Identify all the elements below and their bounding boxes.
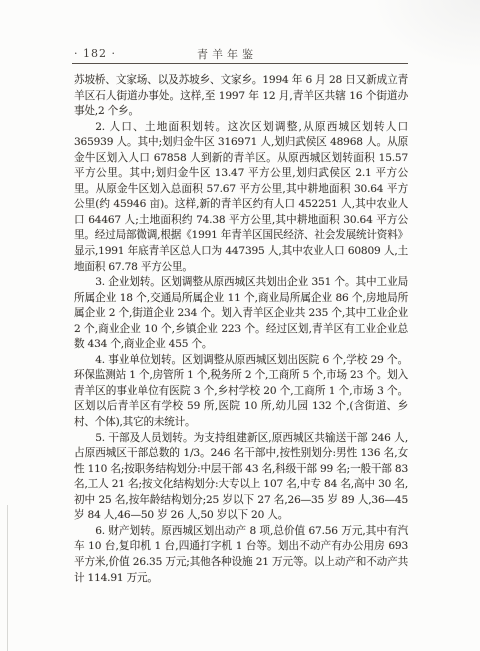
page-header: · 182 · 青羊年鉴 xyxy=(74,46,408,62)
body-paragraph-2-population-land: 2. 人口、土地面积划转。这次区划调整,从原西城区划转人口 365939 人。其… xyxy=(74,120,408,275)
body-paragraph-3-enterprises: 3. 企业划转。区划调整从原西城区共划出企业 351 个。其中工业局所属企业 1… xyxy=(74,275,408,353)
page-body: 苏坡桥、文家场、以及苏坡乡、文家乡。1994 年 6 月 28 日又新成立青羊区… xyxy=(74,73,408,586)
scanned-yearbook-page: · 182 · 青羊年鉴 苏坡桥、文家场、以及苏坡乡、文家乡。1994 年 6 … xyxy=(0,0,480,651)
body-paragraph-6-property: 6. 财产划转。原西城区划出动产 8 项,总价值 67.56 万元,其中有汽车 … xyxy=(74,524,408,586)
body-paragraph-5-cadres: 5. 干部及人员划转。为支持组建新区,原西城区共输送干部 246 人,占原西城区… xyxy=(74,431,408,524)
page-edge-shadow xyxy=(7,505,8,651)
body-paragraph-continuation: 苏坡桥、文家场、以及苏坡乡、文家乡。1994 年 6 月 28 日又新成立青羊区… xyxy=(74,73,408,120)
header-divider-rule xyxy=(72,63,408,64)
body-paragraph-4-institutions: 4. 事业单位划转。区划调整从原西城区划出医院 6 个,学校 29 个。环保监测… xyxy=(74,353,408,431)
book-title: 青羊年鉴 xyxy=(74,46,380,62)
